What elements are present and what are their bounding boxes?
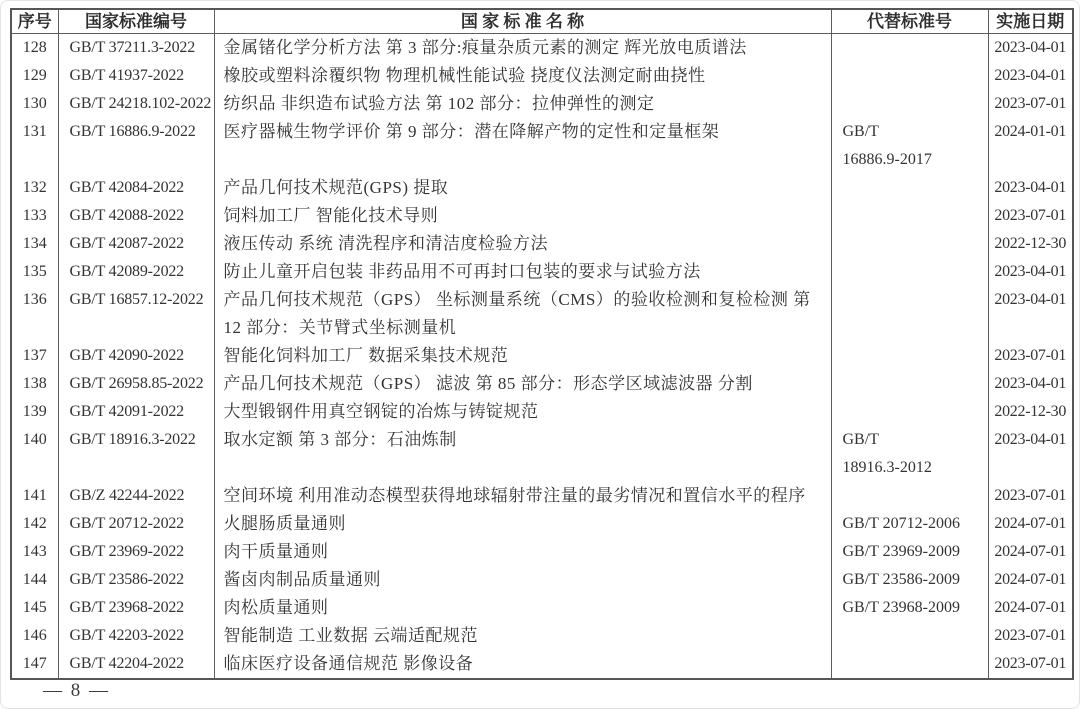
table-row: 131GB/T 16886.9-2022医疗器械生物学评价 第 9 部分：潜在降…: [11, 118, 1073, 174]
cell-date: 2023-07-01: [988, 622, 1073, 650]
cell-code: GB/T 26958.85-2022: [58, 370, 214, 398]
cell-name: 饲料加工厂 智能化技术导则: [214, 202, 831, 230]
cell-code: GB/T 42088-2022: [58, 202, 214, 230]
cell-replaced: [831, 62, 988, 90]
cell-replaced: [831, 622, 988, 650]
cell-name: 纺织品 非织造布试验方法 第 102 部分：拉伸弹性的测定: [214, 90, 831, 118]
cell-replaced: [831, 342, 988, 370]
cell-replaced: GB/T 23968-2009: [831, 594, 988, 622]
cell-code: GB/T 16886.9-2022: [58, 118, 214, 174]
cell-no: 139: [11, 398, 58, 426]
table-row: 135GB/T 42089-2022防止儿童开启包装 非药品用不可再封口包装的要…: [11, 258, 1073, 286]
cell-date: 2023-07-01: [988, 482, 1073, 510]
table-row: 133GB/T 42088-2022饲料加工厂 智能化技术导则2023-07-0…: [11, 202, 1073, 230]
cell-code: GB/T 42089-2022: [58, 258, 214, 286]
cell-replaced: GB/T 16886.9-2017: [831, 118, 988, 174]
cell-date: 2023-07-01: [988, 650, 1073, 679]
cell-code: GB/T 16857.12-2022: [58, 286, 214, 342]
cell-no: 144: [11, 566, 58, 594]
column-header-serial-no: 序号: [11, 9, 58, 34]
table-row: 132GB/T 42084-2022产品几何技术规范(GPS) 提取2023-0…: [11, 174, 1073, 202]
cell-no: 133: [11, 202, 58, 230]
cell-code: GB/T 42090-2022: [58, 342, 214, 370]
cell-no: 129: [11, 62, 58, 90]
cell-code: GB/T 42091-2022: [58, 398, 214, 426]
table-row: 141GB/Z 42244-2022空间环境 利用准动态模型获得地球辐射带注量的…: [11, 482, 1073, 510]
cell-date: 2023-04-01: [988, 286, 1073, 342]
document-page: 序号 国家标准编号 国 家 标 准 名 称 代替标准号 实施日期 128GB/T…: [0, 0, 1080, 709]
column-header-standard-name: 国 家 标 准 名 称: [214, 9, 831, 34]
cell-replaced: [831, 286, 988, 342]
cell-replaced: GB/T 23969-2009: [831, 538, 988, 566]
cell-replaced: [831, 202, 988, 230]
cell-replaced: [831, 174, 988, 202]
cell-date: 2023-04-01: [988, 426, 1073, 482]
cell-code: GB/T 23586-2022: [58, 566, 214, 594]
cell-name: 金属锗化学分析方法 第 3 部分:痕量杂质元素的测定 辉光放电质谱法: [214, 34, 831, 63]
cell-no: 137: [11, 342, 58, 370]
cell-date: 2023-04-01: [988, 370, 1073, 398]
cell-replaced: [831, 90, 988, 118]
cell-code: GB/T 20712-2022: [58, 510, 214, 538]
cell-replaced: [831, 482, 988, 510]
cell-no: 136: [11, 286, 58, 342]
cell-replaced: [831, 258, 988, 286]
cell-no: 145: [11, 594, 58, 622]
table-row: 136GB/T 16857.12-2022产品几何技术规范（GPS） 坐标测量系…: [11, 286, 1073, 342]
cell-replaced: [831, 370, 988, 398]
cell-replaced: GB/T 20712-2006: [831, 510, 988, 538]
cell-name: 肉松质量通则: [214, 594, 831, 622]
cell-name: 肉干质量通则: [214, 538, 831, 566]
cell-name: 医疗器械生物学评价 第 9 部分：潜在降解产物的定性和定量框架: [214, 118, 831, 174]
cell-no: 131: [11, 118, 58, 174]
cell-no: 141: [11, 482, 58, 510]
cell-code: GB/T 42087-2022: [58, 230, 214, 258]
cell-replaced: GB/T 23586-2009: [831, 566, 988, 594]
table-row: 128GB/T 37211.3-2022金属锗化学分析方法 第 3 部分:痕量杂…: [11, 34, 1073, 63]
cell-date: 2024-07-01: [988, 566, 1073, 594]
cell-date: 2023-07-01: [988, 202, 1073, 230]
cell-name: 橡胶或塑料涂覆织物 物理机械性能试验 挠度仪法测定耐曲挠性: [214, 62, 831, 90]
standards-table: 序号 国家标准编号 国 家 标 准 名 称 代替标准号 实施日期 128GB/T…: [10, 8, 1074, 680]
column-header-implement-date: 实施日期: [988, 9, 1073, 34]
table-row: 137GB/T 42090-2022智能化饲料加工厂 数据采集技术规范2023-…: [11, 342, 1073, 370]
cell-no: 146: [11, 622, 58, 650]
cell-name: 产品几何技术规范(GPS) 提取: [214, 174, 831, 202]
cell-name: 火腿肠质量通则: [214, 510, 831, 538]
cell-name: 防止儿童开启包装 非药品用不可再封口包装的要求与试验方法: [214, 258, 831, 286]
cell-name: 大型锻钢件用真空钢锭的冶炼与铸锭规范: [214, 398, 831, 426]
table-row: 138GB/T 26958.85-2022产品几何技术规范（GPS） 滤波 第 …: [11, 370, 1073, 398]
cell-name: 酱卤肉制品质量通则: [214, 566, 831, 594]
cell-code: GB/T 23968-2022: [58, 594, 214, 622]
cell-date: 2024-07-01: [988, 594, 1073, 622]
cell-name: 产品几何技术规范（GPS） 滤波 第 85 部分：形态学区域滤波器 分割: [214, 370, 831, 398]
cell-no: 128: [11, 34, 58, 63]
cell-name: 智能化饲料加工厂 数据采集技术规范: [214, 342, 831, 370]
cell-replaced: [831, 230, 988, 258]
cell-date: 2022-12-30: [988, 398, 1073, 426]
cell-no: 143: [11, 538, 58, 566]
cell-date: 2024-07-01: [988, 510, 1073, 538]
cell-no: 147: [11, 650, 58, 679]
cell-name: 临床医疗设备通信规范 影像设备: [214, 650, 831, 679]
cell-date: 2023-07-01: [988, 90, 1073, 118]
cell-replaced: GB/T 18916.3-2012: [831, 426, 988, 482]
cell-date: 2024-07-01: [988, 538, 1073, 566]
table-row: 139GB/T 42091-2022大型锻钢件用真空钢锭的冶炼与铸锭规范2022…: [11, 398, 1073, 426]
cell-code: GB/T 18916.3-2022: [58, 426, 214, 482]
column-header-replaced-code: 代替标准号: [831, 9, 988, 34]
cell-no: 135: [11, 258, 58, 286]
cell-date: 2024-01-01: [988, 118, 1073, 174]
cell-replaced: [831, 34, 988, 63]
table-row: 134GB/T 42087-2022液压传动 系统 清洗程序和清洁度检验方法20…: [11, 230, 1073, 258]
cell-code: GB/T 37211.3-2022: [58, 34, 214, 63]
cell-no: 138: [11, 370, 58, 398]
cell-code: GB/T 42204-2022: [58, 650, 214, 679]
cell-code: GB/T 42084-2022: [58, 174, 214, 202]
cell-date: 2023-07-01: [988, 342, 1073, 370]
table-row: 129GB/T 41937-2022橡胶或塑料涂覆织物 物理机械性能试验 挠度仪…: [11, 62, 1073, 90]
cell-code: GB/T 24218.102-2022: [58, 90, 214, 118]
cell-date: 2023-04-01: [988, 174, 1073, 202]
cell-no: 132: [11, 174, 58, 202]
cell-name: 液压传动 系统 清洗程序和清洁度检验方法: [214, 230, 831, 258]
cell-replaced: [831, 650, 988, 679]
cell-no: 142: [11, 510, 58, 538]
cell-name: 产品几何技术规范（GPS） 坐标测量系统（CMS）的验收检测和复检检测 第 12…: [214, 286, 831, 342]
table-row: 130GB/T 24218.102-2022纺织品 非织造布试验方法 第 102…: [11, 90, 1073, 118]
table-row: 147GB/T 42204-2022临床医疗设备通信规范 影像设备2023-07…: [11, 650, 1073, 679]
cell-date: 2023-04-01: [988, 258, 1073, 286]
standards-table-body: 128GB/T 37211.3-2022金属锗化学分析方法 第 3 部分:痕量杂…: [11, 34, 1073, 680]
cell-replaced: [831, 398, 988, 426]
cell-code: GB/Z 42244-2022: [58, 482, 214, 510]
cell-date: 2023-04-01: [988, 34, 1073, 63]
cell-date: 2023-04-01: [988, 62, 1073, 90]
table-header-row: 序号 国家标准编号 国 家 标 准 名 称 代替标准号 实施日期: [11, 9, 1073, 34]
table-row: 145GB/T 23968-2022肉松质量通则GB/T 23968-20092…: [11, 594, 1073, 622]
cell-code: GB/T 23969-2022: [58, 538, 214, 566]
footer-page-number: — 8 —: [43, 680, 110, 702]
table-row: 140GB/T 18916.3-2022取水定额 第 3 部分：石油炼制GB/T…: [11, 426, 1073, 482]
cell-no: 130: [11, 90, 58, 118]
cell-code: GB/T 41937-2022: [58, 62, 214, 90]
cell-code: GB/T 42203-2022: [58, 622, 214, 650]
table-row: 144GB/T 23586-2022酱卤肉制品质量通则GB/T 23586-20…: [11, 566, 1073, 594]
cell-name: 空间环境 利用准动态模型获得地球辐射带注量的最劣情况和置信水平的程序: [214, 482, 831, 510]
cell-name: 智能制造 工业数据 云端适配规范: [214, 622, 831, 650]
cell-date: 2022-12-30: [988, 230, 1073, 258]
table-row: 146GB/T 42203-2022智能制造 工业数据 云端适配规范2023-0…: [11, 622, 1073, 650]
table-row: 142GB/T 20712-2022火腿肠质量通则GB/T 20712-2006…: [11, 510, 1073, 538]
cell-no: 134: [11, 230, 58, 258]
column-header-standard-code: 国家标准编号: [58, 9, 214, 34]
cell-name: 取水定额 第 3 部分：石油炼制: [214, 426, 831, 482]
table-row: 143GB/T 23969-2022肉干质量通则GB/T 23969-20092…: [11, 538, 1073, 566]
cell-no: 140: [11, 426, 58, 482]
